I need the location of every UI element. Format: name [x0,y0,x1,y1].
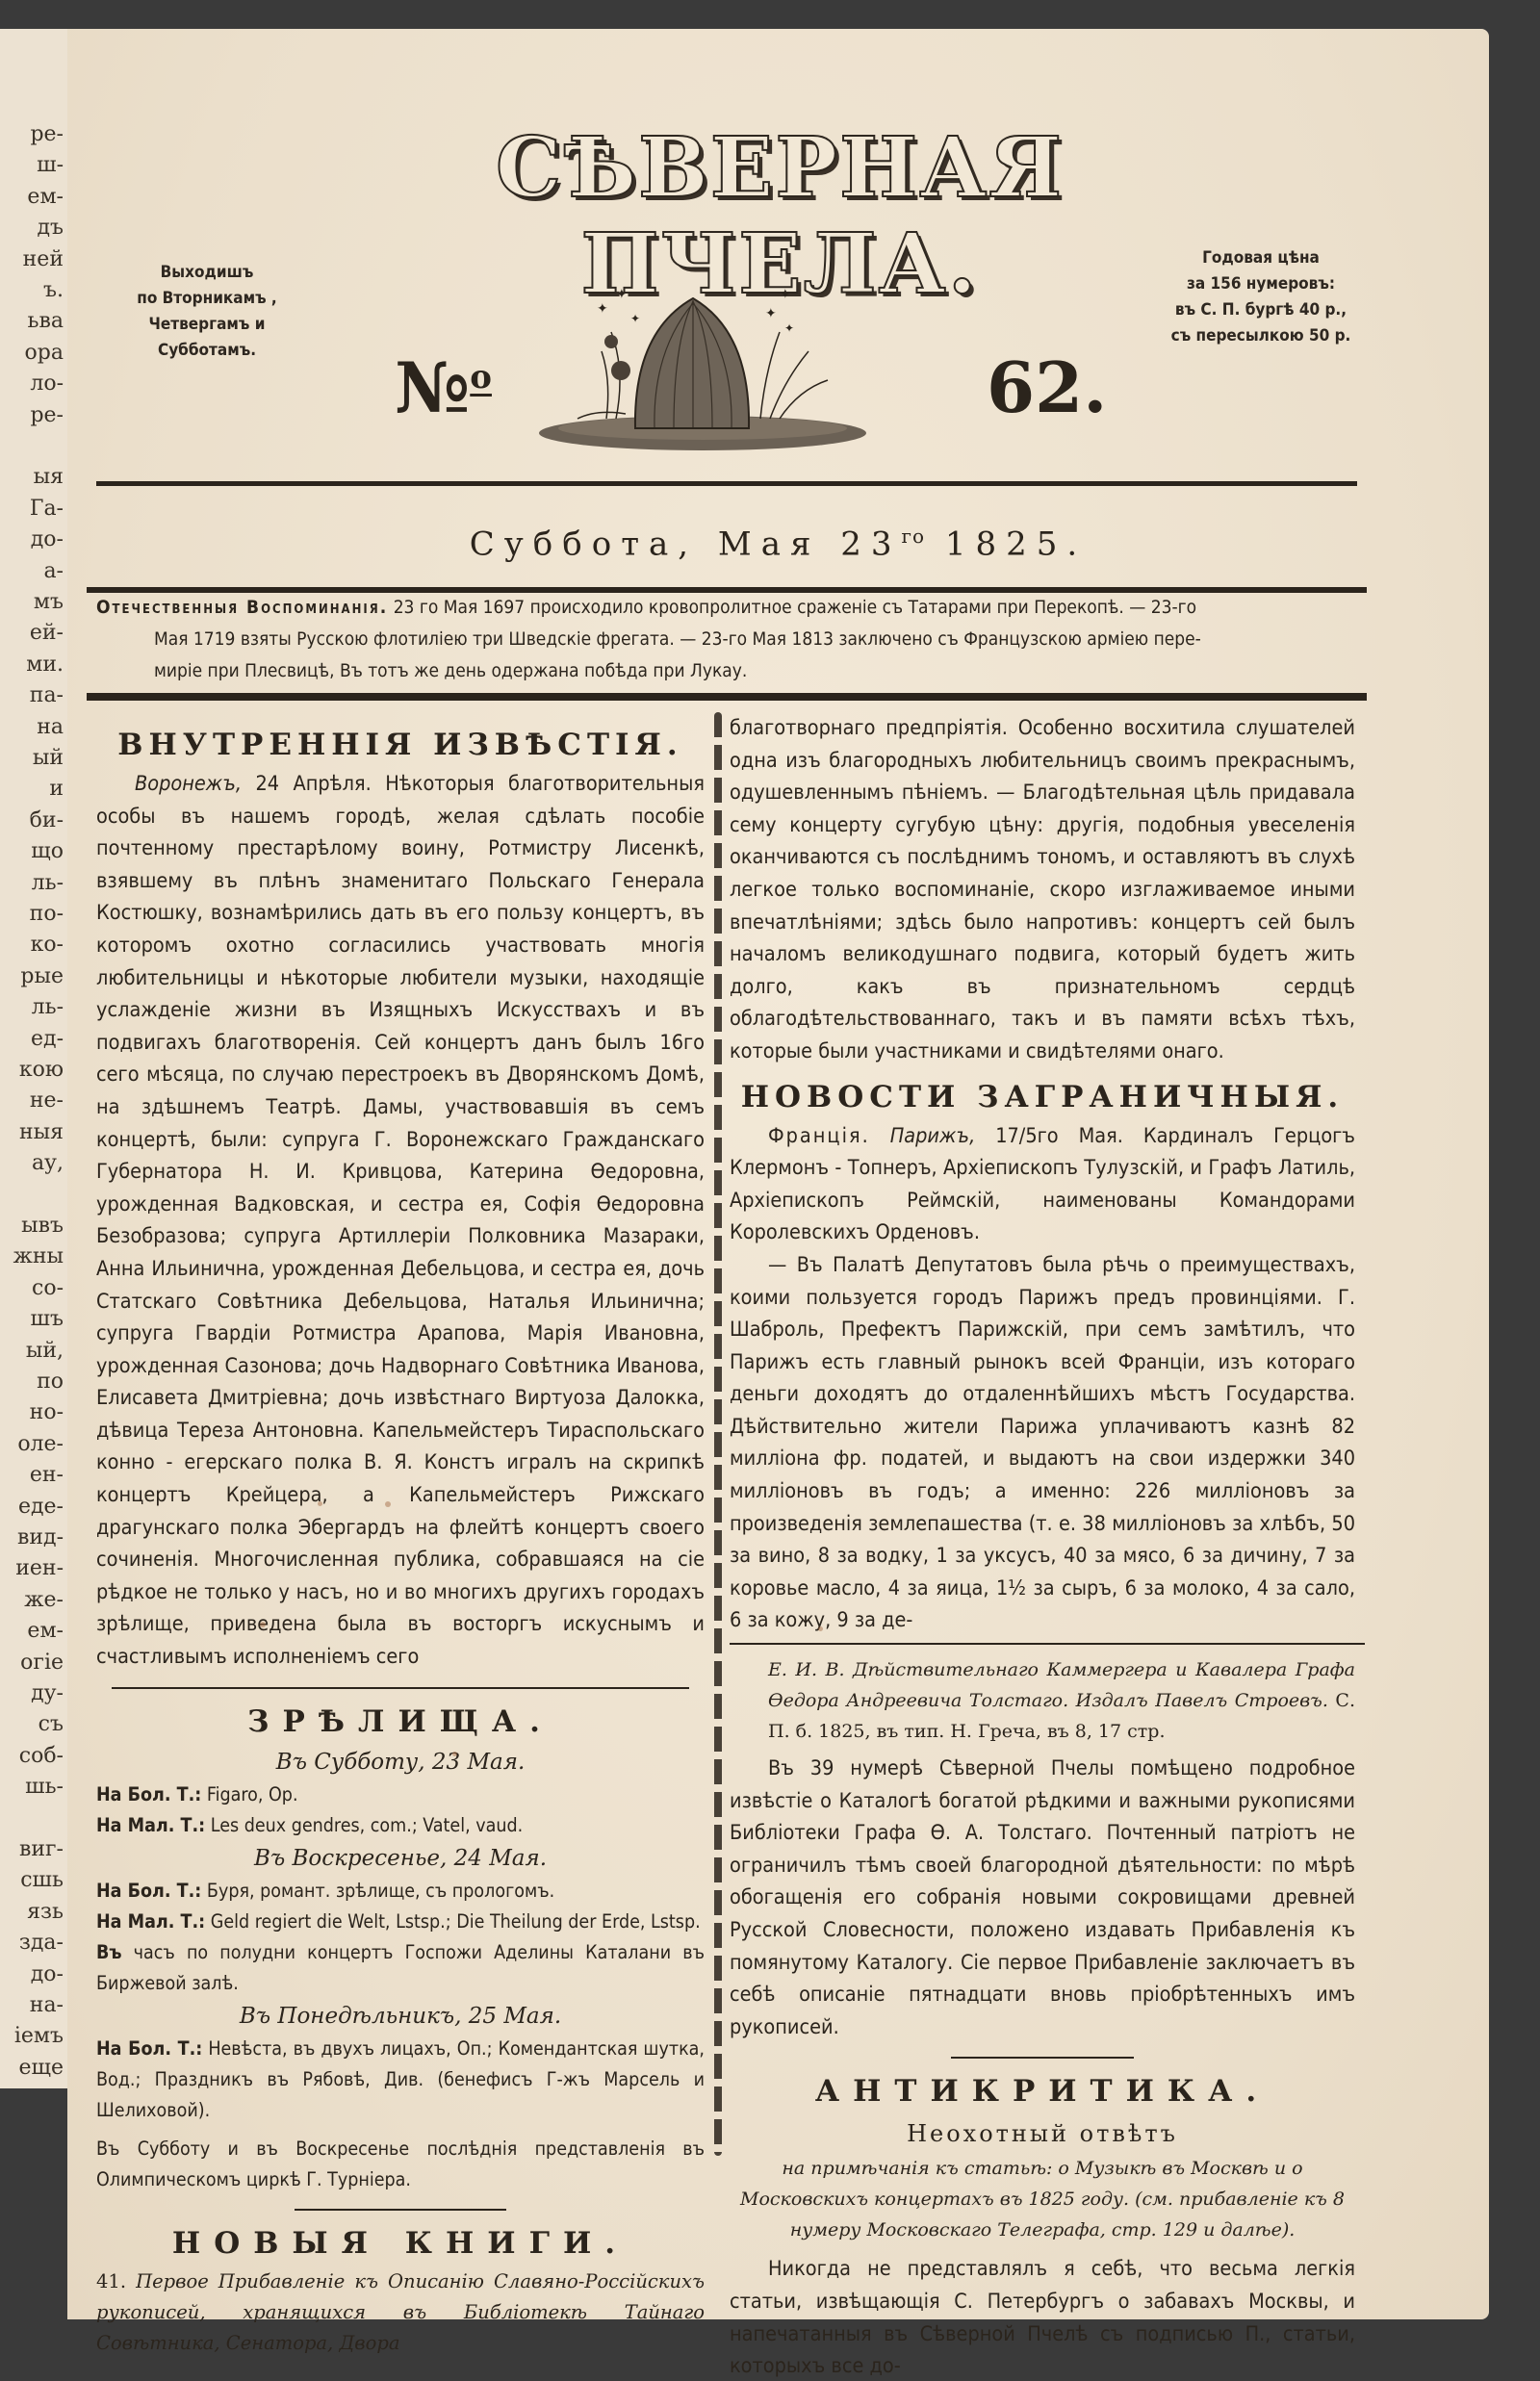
circus-note: Въ Субботу и въ Воскресенье послѣднія пр… [96,2134,705,2195]
bleed-text-fragment: ем- [27,1617,64,1646]
historical-memorial: Отечественныя Воспоминанія. 23 го Мая 16… [96,592,1424,687]
bleed-text-fragment: ей- [30,619,64,648]
publication-schedule: Выходишъ по Вторникамъ , Четвергамъ и Су… [111,260,303,364]
bleed-text-fragment: зда- [19,1929,64,1958]
bleed-text-fragment: еде- [18,1493,64,1522]
bleed-text-fragment: ъ. [43,276,64,305]
price-line: за 156 нумеровъ: [1131,271,1391,297]
column-divider [714,712,722,2156]
bleed-text-fragment: що [31,837,64,866]
beehive-vignette-icon: ✦✦ ✦✦ ✦✦ [520,274,876,457]
bleed-text-fragment: ду- [31,1679,64,1708]
bleed-text-fragment: іемъ [14,2022,64,2051]
bleed-text-fragment: дъ [37,214,64,243]
bleed-text-fragment: ед- [31,1025,64,1054]
theatre-day: Въ Субботу, 23 Мая. [96,1745,705,1779]
bleed-text-fragment: ем- [27,183,64,212]
bleed-text-fragment: а- [43,557,64,586]
bleed-text-fragment: виг- [19,1835,64,1864]
bleed-text-fragment: вид- [17,1523,64,1552]
svg-text:✦: ✦ [765,306,777,321]
anticritique-reference: на примѣчанія къ статьѣ: о Музыкѣ въ Мос… [730,2153,1355,2245]
right-column: благотворнаго предпріятія. Особенно восх… [730,712,1355,2381]
bleed-text-fragment: мъ [34,588,64,617]
bleed-text-fragment: ш- [37,151,64,180]
issue-number-label: №о [395,346,492,428]
bleed-text-fragment: по [37,1368,64,1396]
book-entry: 41. Первое Прибавленіе къ Описанію Славя… [96,2266,705,2359]
theatre-listing: На Бол. Т.: Буря, романт. зрѣлище, съ пр… [96,1876,705,1999]
bleed-text-fragment: па- [30,681,64,710]
section-rule [730,1643,1365,1645]
bleed-text-fragment: ль- [32,869,64,898]
domestic-news-article: Воронежъ, 24 Апрѣля. Нѣкоторыя благотвор… [96,768,705,1674]
bleed-text-fragment: би- [30,806,64,835]
bleed-text-fragment: и [49,775,64,804]
book-entry-continued: Е. И. В. Дѣйствительнаго Каммергера и Ка… [730,1654,1355,1747]
domestic-news-continued: благотворнаго предпріятія. Особенно восх… [730,712,1355,1068]
bleed-text-fragment: ен- [30,1461,64,1490]
bleed-text-fragment: иен- [15,1554,64,1583]
bleed-text-fragment: на [37,713,64,742]
price-line: Годовая цѣна [1131,245,1391,271]
bleed-text-fragment: язь [27,1898,64,1927]
bleed-text-fragment: ло- [30,370,64,398]
svg-text:✦: ✦ [630,312,640,325]
schedule-line: Четвергамъ и [111,312,303,338]
schedule-line: Выходишъ [111,260,303,286]
bleed-text-fragment: ывъ [21,1212,64,1241]
bleed-text-fragment: ре- [30,401,64,430]
theatre-listing: На Бол. Т.: Figaro, Op. На Мал. Т.: Les … [96,1779,705,1841]
issue-number: 62. [987,346,1107,428]
theatre-heading: ЗРѢЛИЩА. [96,1699,705,1745]
bleed-text-fragment: рые [20,962,64,991]
bleed-text-fragment: по- [30,900,64,929]
schedule-line: Субботамъ. [111,338,303,364]
bleed-text-fragment: до- [31,1960,64,1989]
bleed-text-fragment: еще [19,2054,64,2083]
bleed-text-fragment: ора [25,339,64,368]
bleed-text-fragment: ау, [32,1149,64,1178]
left-column: ВНУТРЕННІЯ ИЗВѢСТІЯ. Воронежъ, 24 Апрѣля… [96,722,705,2359]
foxing-spot [385,1501,391,1507]
bleed-text-fragment: же- [24,1586,64,1615]
svg-text:✦: ✦ [597,301,608,317]
bleed-text-fragment: какъ [11,2085,64,2088]
theatre-listing: На Бол. Т.: Невѣста, въ двухъ лицахъ, Оп… [96,2034,705,2126]
domestic-news-heading: ВНУТРЕННІЯ ИЗВѢСТІЯ. [96,722,705,768]
memorial-lead: Отечественныя Воспоминанія. [96,597,388,618]
theatre-day: Въ Понедѣльникъ, 25 Мая. [96,1999,705,2034]
bleed-text-fragment: шь- [25,1773,64,1802]
bleed-text-fragment: жны [13,1242,64,1271]
bleed-text-fragment: сшь [20,1866,64,1895]
bleed-text-fragment: ьва [28,307,64,336]
svg-text:✦: ✦ [784,321,794,335]
foreign-news-article: Франція. Парижъ, 17/5го Мая. Кардиналъ Г… [730,1120,1355,1249]
bleed-text-fragment: на- [30,1991,64,2020]
bleed-text-fragment: оле- [17,1430,64,1459]
memorial-line: миріе при Плесвицѣ, Въ тотъ же день одер… [96,655,1424,687]
foreign-news-article: — Въ Палатѣ Депутатовъ была рѣчь о преим… [730,1249,1355,1637]
dateline: Суббота, Мая 23го 1825. [67,525,1489,563]
bleed-text-fragment: ыя [34,463,64,492]
bleed-text-fragment: огіе [20,1649,64,1677]
anticritique-heading: АНТИКРИТИКА. [730,2068,1355,2114]
foxing-spot [318,1501,322,1506]
bleed-text-fragment: не- [30,1087,64,1115]
memorial-rule [87,693,1367,701]
subscription-price: Годовая цѣна за 156 нумеровъ: въ С. П. б… [1131,245,1391,349]
bleed-text-fragment: со- [32,1274,64,1303]
bleed-text-fragment: до- [31,525,64,554]
bleed-text-fragment: съ [38,1710,64,1739]
foxing-spot [452,1752,457,1756]
price-line: съ пересылкою 50 р. [1131,323,1391,349]
book-review: Въ 39 нумерѣ Сѣверной Пчелы помѣщено под… [730,1753,1355,2043]
bleed-text-fragment: соб- [19,1742,64,1771]
adjacent-page-strip: ре-ш-ем-дънейъ.ьваорало-ре-ыяГа-до-а-мъе… [0,29,68,2088]
masthead-rule [96,481,1357,486]
bleed-text-fragment: шъ [31,1305,64,1334]
bleed-text-fragment: ныя [19,1118,64,1147]
bleed-text-fragment: кою [19,1056,64,1085]
newspaper-page: СѢВЕРНАЯ ПЧЕЛА. Выходишъ по Вторникамъ ,… [67,29,1489,2319]
bleed-text-fragment: Га- [30,495,64,524]
theatre-day: Въ Воскресенье, 24 Мая. [96,1841,705,1876]
svg-text:✦: ✦ [616,287,628,302]
bleed-text-fragment: ый, [26,1337,64,1366]
schedule-line: по Вторникамъ , [111,286,303,312]
foxing-spot [818,1626,823,1631]
section-rule [295,2209,506,2211]
bleed-text-fragment: но- [30,1398,64,1427]
anticritique-body: Никогда не представлялъ я себѣ, что весь… [730,2253,1355,2381]
bleed-text-fragment: ре- [30,120,64,149]
foreign-news-heading: НОВОСТИ ЗАГРАНИЧНЫЯ. [730,1074,1355,1120]
memorial-line: Мая 1719 взяты Русскою флотиліею три Шве… [96,624,1424,655]
bleed-text-fragment: ль- [32,993,64,1022]
svg-text:✦: ✦ [780,287,791,302]
bleed-text-fragment: ко- [31,931,64,960]
section-rule [112,1687,689,1689]
anticritique-subtitle: Неохотный отвѣтъ [730,2114,1355,2153]
bleed-text-fragment: ми. [26,651,64,679]
price-line: въ С. П. бургѣ 40 р., [1131,297,1391,323]
new-books-heading: НОВЫЯ КНИГИ. [96,2220,705,2266]
bleed-text-fragment: ней [23,245,64,274]
foxing-spot [260,1622,266,1627]
memorial-line: 23 го Мая 1697 происходило кровопролитно… [394,597,1196,618]
section-rule [951,2057,1134,2059]
bleed-text-fragment: ый [33,744,64,773]
